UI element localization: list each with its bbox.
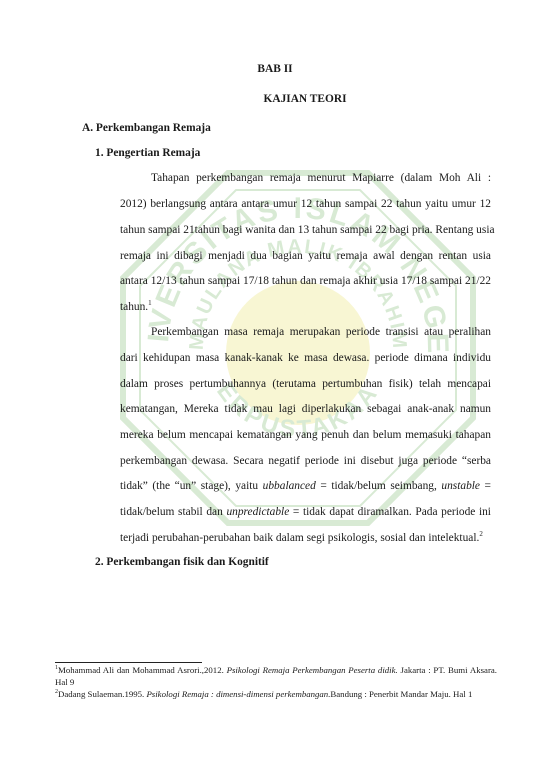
- footnote-1: 1Mohammad Ali dan Mohammad Asrori.,2012.…: [55, 665, 497, 688]
- paragraph-line: remaja ini dibagi menjadi dua bagian yai…: [120, 249, 491, 264]
- paragraph-text: tidak/belum stabil dan: [120, 506, 226, 518]
- italic-term: ubbalanced: [263, 480, 316, 492]
- paragraph-text: = tidak dapat diramalkan. Pada periode i…: [289, 506, 491, 518]
- paragraph-line: perkembangan dewasa. Secara negatif peri…: [120, 454, 491, 469]
- chapter-title: KAJIAN TEORI: [30, 92, 550, 107]
- paragraph-line: tahun sampai 21tahun bagi wanita dan 13 …: [120, 223, 491, 238]
- italic-term: unstable: [441, 480, 480, 492]
- italic-term: unpredictable: [226, 506, 289, 518]
- footnote-ref-1[interactable]: 1: [148, 299, 152, 307]
- footnote-title: Psikologi Remaja : dimensi-dimensi perke…: [146, 689, 330, 699]
- footnote-separator: [55, 662, 202, 663]
- subsection-heading-1: 1. Pengertian Remaja: [95, 146, 200, 161]
- paragraph-text: tahun.: [120, 301, 148, 313]
- paragraph-line: 2012) berlangsung antara antara umur 12 …: [120, 197, 491, 212]
- paragraph-line: kematangan, Mereka tidak mau lagi diperl…: [120, 402, 491, 417]
- section-heading-a: A. Perkembangan Remaja: [82, 121, 211, 136]
- footnote-title: Psikologi Remaja Perkembangan Peserta di…: [227, 665, 398, 675]
- document-page: UNIVERSITAS ISLAM NEGERI MAULANA MALIK I…: [0, 0, 550, 777]
- paragraph-text: tidak” (the “un” stage), yaitu: [120, 480, 263, 492]
- footnote-text: Dadang Sulaeman.1995.: [58, 689, 146, 699]
- paragraph-line: antara 12/13 tahun sampai 17/18 tahun da…: [120, 274, 491, 289]
- footnote-2: 2Dadang Sulaeman.1995. Psikologi Remaja …: [55, 689, 497, 701]
- paragraph-text: =: [480, 480, 491, 492]
- paragraph-text: = tidak/belum seimbang,: [316, 480, 442, 492]
- footnote-text: Bandung : Penerbit Mandar Maju. Hal 1: [330, 689, 472, 699]
- paragraph-line: Perkembangan masa remaja merupakan perio…: [151, 325, 491, 340]
- paragraph-text: terjadi perubahan-perubahan baik dalam s…: [120, 532, 479, 544]
- paragraph-line: dari kehidupan masa kanak-kanak ke masa …: [120, 351, 491, 366]
- paragraph-line: terjadi perubahan-perubahan baik dalam s…: [120, 531, 491, 546]
- chapter-number: BAB II: [0, 62, 550, 77]
- paragraph-line: dalam proses pertumbuhannya (terutama pe…: [120, 377, 491, 392]
- subsection-heading-2: 2. Perkembangan fisik dan Kognitif: [95, 555, 269, 570]
- paragraph-line: tidak” (the “un” stage), yaitu ubbalance…: [120, 479, 491, 494]
- paragraph-line: Tahapan perkembangan remaja menurut Mapi…: [151, 171, 491, 186]
- paragraph-line: mereka belum mencapai kematangan yang pe…: [120, 428, 491, 443]
- paragraph-line: tahun.1: [120, 300, 491, 315]
- footnote-ref-2[interactable]: 2: [479, 530, 483, 538]
- footnote-text: Mohammad Ali dan Mohammad Asrori.,2012.: [58, 665, 227, 675]
- paragraph-line: tidak/belum stabil dan unpredictable = t…: [120, 505, 491, 520]
